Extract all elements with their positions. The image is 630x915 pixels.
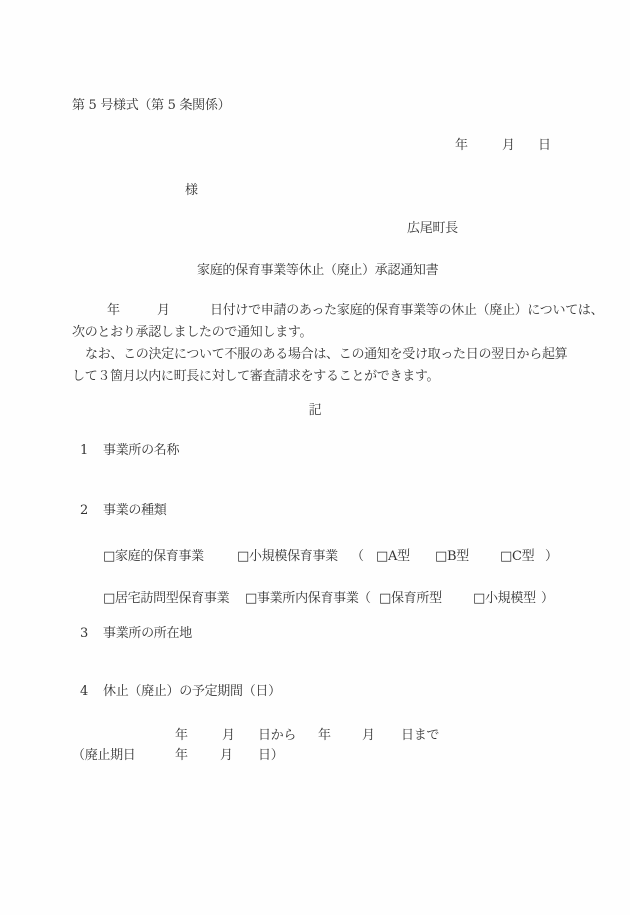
item-3-address: 3 事業所の所在地 bbox=[0, 626, 630, 644]
form-number: 第 5 号様式（第 5 条関係） bbox=[72, 98, 230, 116]
period-to-year-label: 年 bbox=[318, 728, 331, 744]
item-3-number: 3 bbox=[80, 626, 88, 642]
item-2-label: 事業の種類 bbox=[103, 503, 167, 519]
body-line-1: 年 月 日付けで申請のあった家庭的保育事業等の休止（廃止）については、 bbox=[0, 303, 630, 321]
item-2-number: 2 bbox=[80, 503, 88, 519]
item-3-label: 事業所の所在地 bbox=[103, 626, 192, 642]
paren-open-row-2: （ bbox=[358, 591, 371, 607]
sender-name: 広尾町長 bbox=[407, 221, 458, 239]
body-line-4: して３箇月以内に町長に対して審査請求をすることができます。 bbox=[72, 369, 439, 387]
checkbox-c-type: □C型 bbox=[500, 549, 534, 565]
abolition-month-label: 月 bbox=[220, 748, 233, 764]
checkbox-shokibo-type: □小規模型 bbox=[473, 591, 536, 607]
paren-close-row-1: ） bbox=[545, 549, 558, 565]
abolition-open-label: （廃止期日 bbox=[72, 748, 136, 764]
abolition-date-line: （廃止期日 年 月 日） bbox=[0, 748, 630, 766]
item-4-number: 4 bbox=[80, 684, 88, 700]
period-to-day-label: 日まで bbox=[401, 728, 439, 744]
item-4-period: 4 休止（廃止）の予定期間（日） bbox=[0, 684, 630, 702]
issue-date-month-label: 月 bbox=[502, 138, 515, 154]
item-1-number: 1 bbox=[80, 443, 88, 459]
business-type-row-2: □居宅訪問型保育事業 □事業所内保育事業 （ □保育所型 □小規模型 ） bbox=[0, 591, 630, 609]
checkbox-kyotaku-homon: □居宅訪問型保育事業 bbox=[103, 591, 229, 607]
business-type-row-1: □家庭的保育事業 □小規模保育事業 （ □A型 □B型 □C型 ） bbox=[0, 549, 630, 567]
checkbox-jigyoshonai: □事業所内保育事業 bbox=[245, 591, 359, 607]
recipient-suffix: 様 bbox=[185, 183, 198, 201]
checkbox-b-type: □B型 bbox=[435, 549, 469, 565]
document-title: 家庭的保育事業等休止（廃止）承認通知書 bbox=[197, 263, 438, 281]
checkbox-shokibo-hoiku: □小規模保育事業 bbox=[237, 549, 338, 565]
checkbox-a-type: □A型 bbox=[376, 549, 410, 565]
period-from-day-label: 日から bbox=[258, 728, 296, 744]
abolition-year-label: 年 bbox=[175, 748, 188, 764]
body-line-1-text: 日付けで申請のあった家庭的保育事業等の休止（廃止）については、 bbox=[210, 303, 603, 319]
item-2-type: 2 事業の種類 bbox=[0, 503, 630, 521]
period-date-line: 年 月 日から 年 月 日まで bbox=[0, 728, 630, 746]
body-line-2: 次のとおり承認しましたので通知します。 bbox=[72, 325, 312, 343]
period-from-year-label: 年 bbox=[175, 728, 188, 744]
body-line-3: なお、この決定について不服のある場合は、この通知を受け取った日の翌日から起算 bbox=[85, 347, 567, 365]
period-to-month-label: 月 bbox=[362, 728, 375, 744]
paren-close-row-2: ） bbox=[541, 591, 554, 607]
ki-marker: 記 bbox=[0, 403, 630, 421]
period-from-month-label: 月 bbox=[222, 728, 235, 744]
application-date-year-label: 年 bbox=[107, 303, 120, 319]
issue-date-day-label: 日 bbox=[538, 138, 551, 154]
abolition-close-label: 日） bbox=[258, 748, 283, 764]
issue-date-year-label: 年 bbox=[455, 138, 468, 154]
checkbox-katei-hoiku: □家庭的保育事業 bbox=[103, 549, 204, 565]
document-page: 第 5 号様式（第 5 条関係） 年 月 日 様 広尾町長 家庭的保育事業等休止… bbox=[0, 0, 630, 915]
item-4-label: 休止（廃止）の予定期間（日） bbox=[103, 684, 281, 700]
application-date-month-label: 月 bbox=[157, 303, 170, 319]
checkbox-hoikusho-type: □保育所型 bbox=[379, 591, 442, 607]
paren-open-row-1: （ bbox=[351, 549, 364, 565]
issue-date-line: 年 月 日 bbox=[0, 138, 630, 156]
item-1-name: 1 事業所の名称 bbox=[0, 443, 630, 461]
item-1-label: 事業所の名称 bbox=[103, 443, 179, 459]
